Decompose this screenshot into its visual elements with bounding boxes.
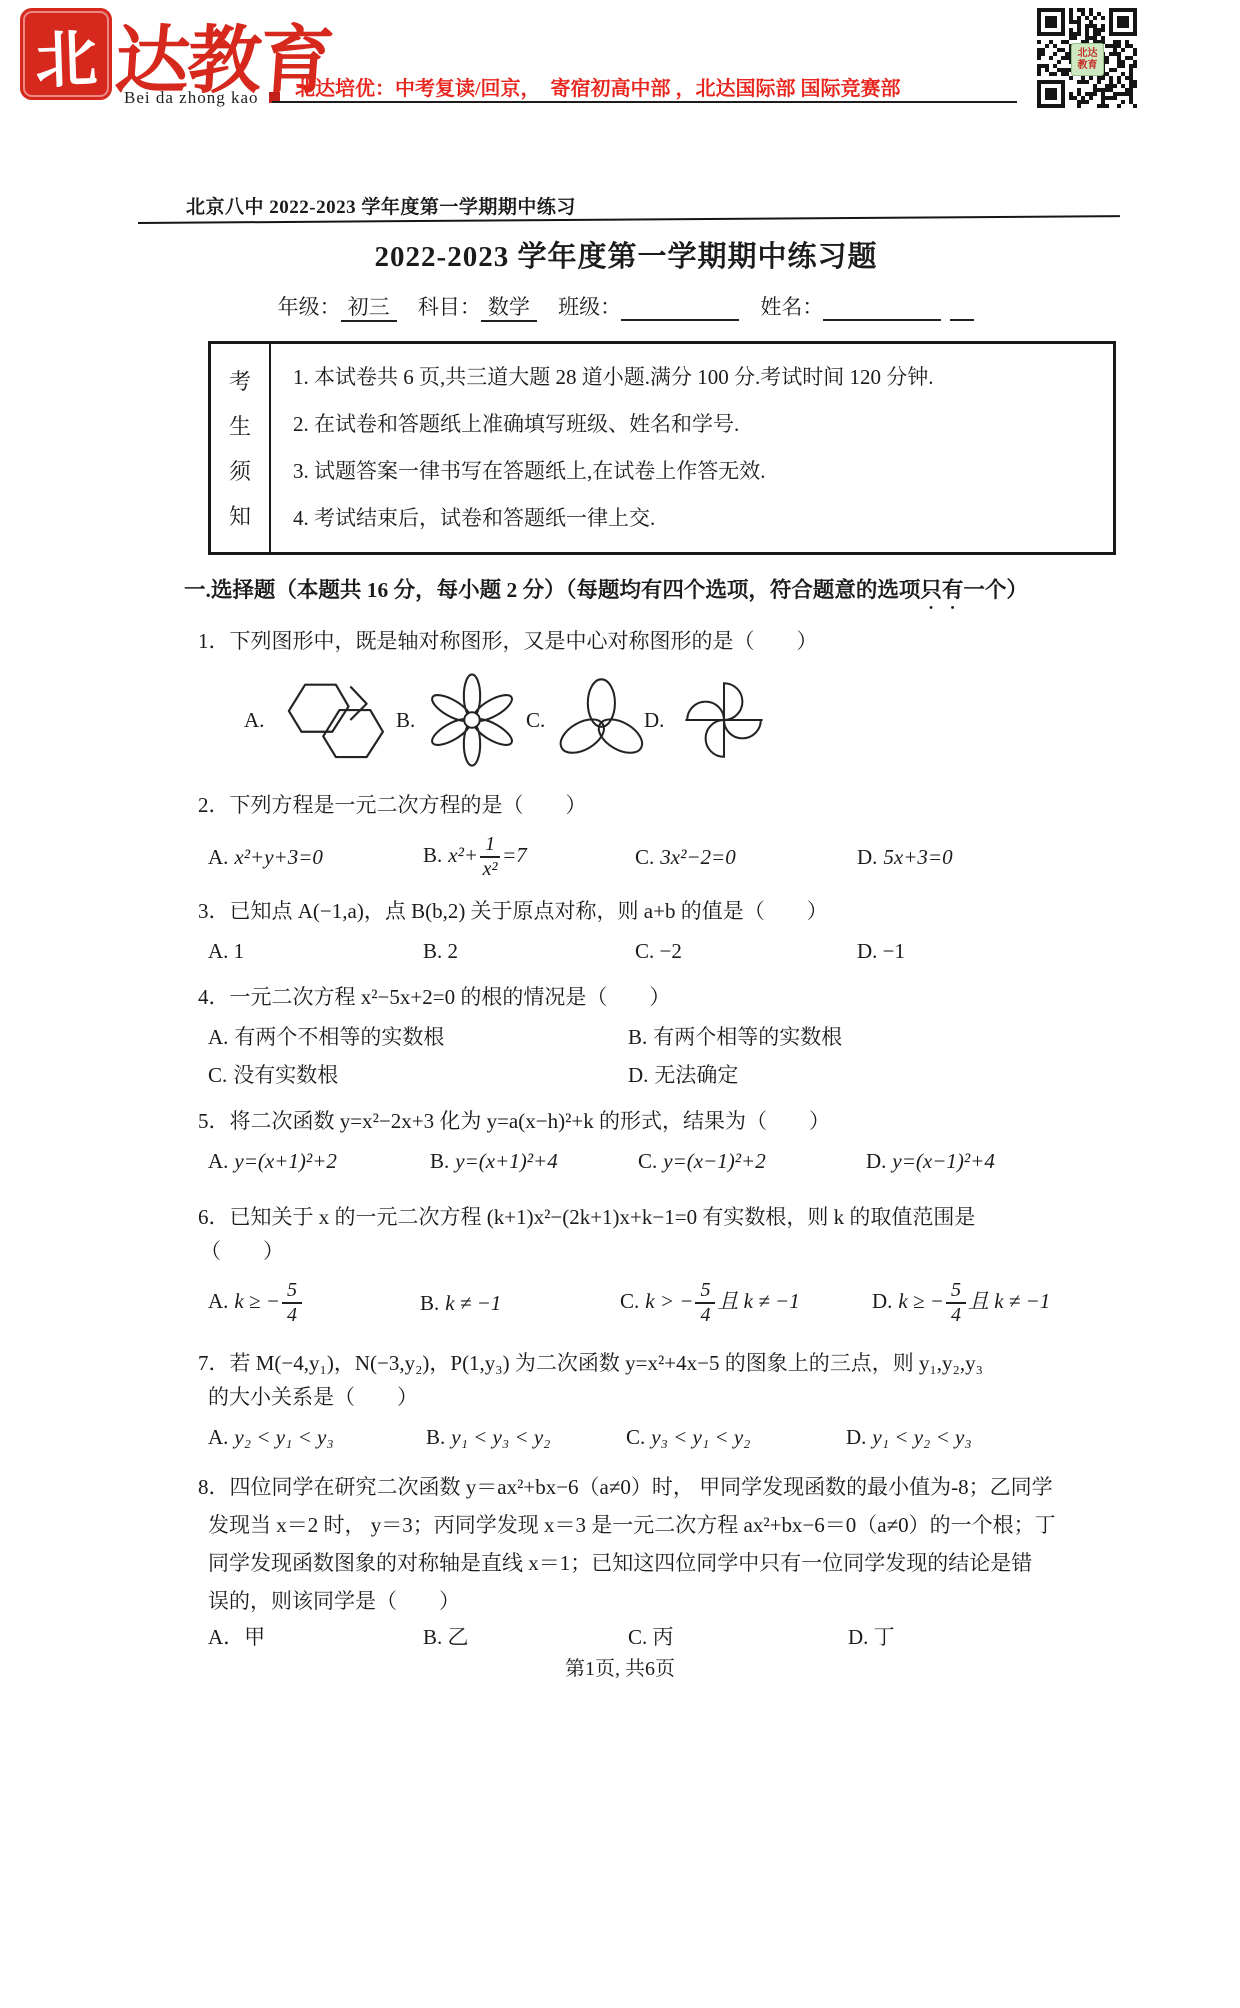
brand-subtext: Bei da zhong kao bbox=[124, 88, 280, 108]
exam-page: 北 达教育 Bei da zhong kao 北达培优：中考复读/回京， 寄宿初… bbox=[0, 0, 1240, 2008]
question-8: 8．四位同学在研究二次函数 y＝ax²+bx−6（a≠0）时， 甲同学发现函数的… bbox=[198, 1468, 1102, 1652]
question-4-options: A.有两个不相等的实数根 B.有两个相等的实数根 C.没有实数根 D.无法确定 bbox=[198, 1022, 1102, 1090]
option-b: B. 2 bbox=[423, 936, 635, 966]
option-a-figure: A. bbox=[244, 672, 396, 768]
subject-value: 数学 bbox=[481, 295, 537, 322]
qr-code: 北达 教育 bbox=[1037, 8, 1137, 108]
notice-item: 3. 试题答案一律书写在答题纸上,在试卷上作答无效. bbox=[293, 448, 1099, 495]
option-d: D.无法确定 bbox=[628, 1060, 1102, 1090]
exam-document: 北京八中 2022-2023 学年度第一学期期中练习 2022-2023 学年度… bbox=[150, 192, 1102, 1652]
meta-row: 年级：初三 科目：数学 班级： 姓名： bbox=[150, 291, 1102, 321]
option-a: A.y₂ < y₁ < y₃ bbox=[208, 1422, 426, 1452]
name-label: 姓名： bbox=[760, 295, 823, 319]
pinwheel-icon bbox=[678, 672, 770, 768]
notice-items: 1. 本试卷共 6 页,共三道大题 28 道小题.满分 100 分.考试时间 1… bbox=[271, 344, 1113, 552]
notice-side-label: 考 生 须 知 bbox=[211, 344, 271, 552]
option-c: C.y₃ < y₁ < y₂ bbox=[626, 1422, 846, 1452]
name-blank-line bbox=[823, 298, 941, 321]
section-1-heading: 一.选择题（本题共 16 分，每小题 2 分）（每题均有四个选项，符合题意的选项… bbox=[184, 573, 1102, 614]
option-b: B.y₁ < y₃ < y₂ bbox=[426, 1422, 626, 1452]
six-petal-flower-icon bbox=[429, 670, 515, 770]
option-c: C.3x²−2=0 bbox=[635, 842, 857, 872]
class-label: 班级： bbox=[558, 295, 621, 319]
option-a: A. 1 bbox=[208, 936, 423, 966]
option-d-figure: D. bbox=[644, 672, 1102, 768]
option-b: B.x²+1x²=7 bbox=[423, 834, 635, 880]
header-slogan: 北达培优：中考复读/回京， 寄宿初高中部 ，北达国际部 国际竞赛部 bbox=[295, 72, 901, 101]
option-c: C. −2 bbox=[635, 936, 857, 966]
option-b: B. 乙 bbox=[423, 1622, 628, 1652]
question-6-options: A.k ≥ −54 B.k ≠ −1 C.k > −54且 k ≠ −1 D.k… bbox=[198, 1280, 1102, 1326]
option-c: C.k > −54且 k ≠ −1 bbox=[620, 1280, 872, 1326]
question-1-figures: A. B. bbox=[244, 670, 1102, 770]
fraction: 54 bbox=[946, 1280, 966, 1326]
fraction: 54 bbox=[695, 1280, 715, 1326]
page-title: 2022-2023 学年度第一学期期中练习题 bbox=[150, 234, 1102, 275]
question-8-options: A．甲 B. 乙 C. 丙 D. 丁 bbox=[198, 1622, 1102, 1652]
question-1: 1．下列图形中，既是轴对称图形，又是中心对称图形的是（ ） A. B. bbox=[198, 624, 1102, 770]
option-b-figure: B. bbox=[396, 670, 526, 770]
option-a: A.有两个不相等的实数根 bbox=[208, 1022, 628, 1052]
option-d: D.5x+3=0 bbox=[857, 842, 1102, 872]
question-4: 4．一元二次方程 x²−5x+2=0 的根的情况是（ ） A.有两个不相等的实数… bbox=[198, 980, 1102, 1090]
notice-item: 4. 考试结束后，试卷和答题纸一律上交. bbox=[293, 495, 1099, 542]
emphasized-text: 只有 bbox=[920, 578, 963, 602]
grade-value: 初三 bbox=[341, 295, 397, 322]
fraction: 54 bbox=[282, 1280, 302, 1326]
notice-item: 1. 本试卷共 6 页,共三道大题 28 道小题.满分 100 分.考试时间 1… bbox=[293, 354, 1099, 401]
question-6: 6．已知关于 x 的一元二次方程 (k+1)x²−(2k+1)x+k−1=0 有… bbox=[198, 1200, 1102, 1326]
option-a: A．甲 bbox=[208, 1622, 423, 1652]
question-5-options: A.y=(x+1)²+2 B.y=(x+1)²+4 C.y=(x−1)²+2 D… bbox=[198, 1146, 1102, 1176]
question-2: 2．下列方程是一元二次方程的是（ ） A.x²+y+3=0 B.x²+1x²=7… bbox=[198, 788, 1102, 880]
option-b: B.k ≠ −1 bbox=[420, 1288, 620, 1318]
grade-label: 年级： bbox=[278, 295, 341, 319]
brand-seal-character: 北 bbox=[33, 8, 98, 99]
trefoil-loops-icon bbox=[559, 674, 644, 766]
option-d: D.y=(x−1)²+4 bbox=[866, 1146, 1102, 1176]
fraction: 1x² bbox=[480, 834, 500, 880]
candidate-notice-box: 考 生 须 知 1. 本试卷共 6 页,共三道大题 28 道小题.满分 100 … bbox=[208, 341, 1116, 555]
question-3-options: A. 1 B. 2 C. −2 D. −1 bbox=[198, 936, 1102, 966]
option-d: D. −1 bbox=[857, 936, 1102, 966]
option-c: C.没有实数根 bbox=[208, 1060, 628, 1090]
class-blank-line bbox=[621, 298, 739, 321]
option-d: D.y₁ < y₂ < y₃ bbox=[846, 1422, 1102, 1452]
question-3: 3．已知点 A(−1,a)，点 B(b,2) 关于原点对称，则 a+b 的值是（… bbox=[198, 894, 1102, 966]
brand-seal-logo: 北 bbox=[20, 8, 112, 100]
header-underline bbox=[272, 101, 1017, 103]
option-d: D. 丁 bbox=[848, 1622, 1102, 1652]
question-7-options: A.y₂ < y₁ < y₃ B.y₁ < y₃ < y₂ C.y₃ < y₁ … bbox=[198, 1422, 1102, 1452]
school-header-line: 北京八中 2022-2023 学年度第一学期期中练习 bbox=[186, 192, 1102, 219]
subject-label: 科目： bbox=[418, 295, 481, 319]
option-b: B.有两个相等的实数根 bbox=[628, 1022, 1102, 1052]
question-5: 5．将二次函数 y=x²−2x+3 化为 y=a(x−h)²+k 的形式，结果为… bbox=[198, 1104, 1102, 1176]
name-blank-short bbox=[950, 298, 974, 321]
option-a: A.k ≥ −54 bbox=[208, 1280, 420, 1326]
option-c-figure: C. bbox=[526, 674, 644, 766]
hexagon-arrows-icon bbox=[278, 672, 396, 768]
page-footer: 第1页, 共6页 bbox=[0, 1652, 1240, 1681]
question-2-options: A.x²+y+3=0 B.x²+1x²=7 C.3x²−2=0 D.5x+3=0 bbox=[198, 834, 1102, 880]
option-c: C.y=(x−1)²+2 bbox=[638, 1146, 866, 1176]
option-d: D.k ≥ −54且 k ≠ −1 bbox=[872, 1280, 1102, 1326]
option-a: A.x²+y+3=0 bbox=[208, 842, 423, 872]
option-a: A.y=(x+1)²+2 bbox=[208, 1146, 430, 1176]
option-b: B.y=(x+1)²+4 bbox=[430, 1146, 638, 1176]
question-7: 7．若 M(−4,y₁)，N(−3,y₂)，P(1,y₃) 为二次函数 y=x²… bbox=[198, 1346, 1102, 1452]
notice-item: 2. 在试卷和答题纸上准确填写班级、姓名和学号. bbox=[293, 401, 1099, 448]
option-c: C. 丙 bbox=[628, 1622, 848, 1652]
qr-center-badge: 北达 教育 bbox=[1071, 43, 1104, 76]
